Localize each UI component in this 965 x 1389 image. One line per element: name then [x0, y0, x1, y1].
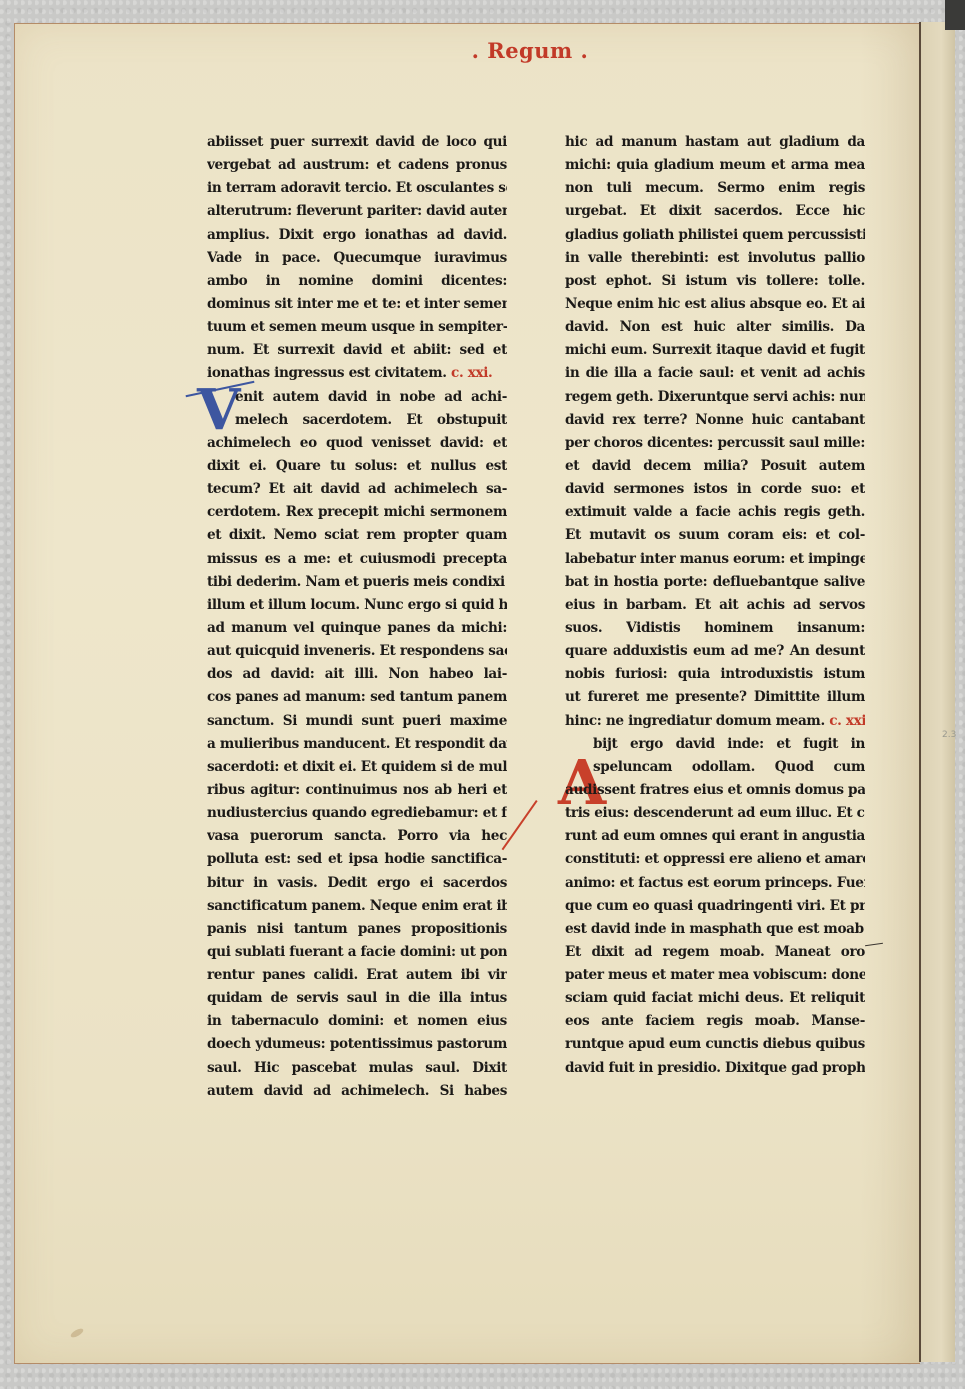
- margin-note: 2.3: [942, 730, 956, 740]
- text-line: enit autem david in nobe ad achi-: [207, 386, 507, 409]
- text-line: ad manum vel quinque panes da michi:: [207, 617, 507, 640]
- text-line: sanctum. Si mundi sunt pueri maxime: [207, 710, 507, 733]
- text-line: alterutrum: fleverunt pariter: david aut…: [207, 200, 507, 223]
- text-line: per choros dicentes: percussit saul mill…: [565, 432, 865, 455]
- text-line: david fuit in presidio. Dixitque gad pro…: [565, 1057, 865, 1080]
- text-line: bitur in vasis. Dedit ergo ei sacerdos: [207, 872, 507, 895]
- text-line: autem david ad achimelech. Si habes: [207, 1080, 507, 1103]
- text-line: doech ydumeus: potentissimus pastorum: [207, 1033, 507, 1056]
- text-line: runtque apud eum cunctis diebus quibus: [565, 1033, 865, 1056]
- text-line: pater meus et mater mea vobiscum: donec: [565, 964, 865, 987]
- text-line: achimelech eo quod venisset david: et: [207, 432, 507, 455]
- text-line: in die illa a facie saul: et venit ad ac…: [565, 362, 865, 385]
- text-line: gladius goliath philistei quem percussis…: [565, 224, 865, 247]
- text-line: qui sublati fuerant a facie domini: ut p…: [207, 941, 507, 964]
- text-line: michi: quia gladium meum et arma mea: [565, 154, 865, 177]
- text-line: missus es a me: et cuiusmodi precepta: [207, 548, 507, 571]
- text-line: quidam de servis saul in die illa intus: [207, 987, 507, 1010]
- text-line: in terram adoravit tercio. Et osculantes…: [207, 177, 507, 200]
- text-line: labebatur inter manus eorum: et impinge-: [565, 548, 865, 571]
- text-line: rentur panes calidi. Erat autem ibi vir: [207, 964, 507, 987]
- text-line: Et mutavit os suum coram eis: et col-: [565, 524, 865, 547]
- text-line: bat in hostia porte: defluebantque saliv…: [565, 571, 865, 594]
- text-line: david sermones istos in corde suo: et: [565, 478, 865, 501]
- text-line: panis nisi tantum panes propositionis: [207, 918, 507, 941]
- text-line: eius in barbam. Et ait achis ad servos: [565, 594, 865, 617]
- text-line: regem geth. Dixeruntque servi achis: num: [565, 386, 865, 409]
- text-line: urgebat. Et dixit sacerdos. Ecce hic: [565, 200, 865, 223]
- text-line: dixit ei. Quare tu solus: et nullus est: [207, 455, 507, 478]
- text-line: eos ante faciem regis moab. Manse-: [565, 1010, 865, 1033]
- chapter-rubric: c. xxii.: [829, 713, 865, 729]
- left-text-column: abiisset puer surrexit david de loco qui…: [207, 131, 507, 1103]
- text-line: vasa puerorum sancta. Porro via hec: [207, 825, 507, 848]
- text-line: animo: et factus est eorum princeps. Fue…: [565, 872, 865, 895]
- text-line: post ephot. Si istum vis tollere: tolle.: [565, 270, 865, 293]
- text-line: in tabernaculo domini: et nomen eius: [207, 1010, 507, 1033]
- text-line: dos ad david: ait illi. Non habeo lai-: [207, 663, 507, 686]
- text-line: suos. Vidistis hominem insanum:: [565, 617, 865, 640]
- text-line: saul. Hic pascebat mulas saul. Dixit: [207, 1057, 507, 1080]
- text-line: tibi dederim. Nam et pueris meis condixi…: [207, 571, 507, 594]
- text-line: constituti: et oppressi ere alieno et am…: [565, 848, 865, 871]
- text-line: nudiustercius quando egrediebamur: et fu…: [207, 802, 507, 825]
- text-line: tuum et semen meum usque in sempiter-: [207, 316, 507, 339]
- text-line: sciam quid faciat michi deus. Et reliqui…: [565, 987, 865, 1010]
- text-line: sanctificatum panem. Neque enim erat ibi: [207, 895, 507, 918]
- text-line: tecum? Et ait david ad achimelech sa-: [207, 478, 507, 501]
- text-line: abiisset puer surrexit david de loco qui: [207, 131, 507, 154]
- text-line: Et dixit ad regem moab. Maneat oro: [565, 941, 865, 964]
- text-line: dominus sit inter me et te: et inter sem…: [207, 293, 507, 316]
- text-line: nobis furiosi: quia introduxistis istum: [565, 663, 865, 686]
- text-line: Neque enim hic est alius absque eo. Et a…: [565, 293, 865, 316]
- text-line: speluncam odollam. Quod cum: [565, 756, 865, 779]
- text-line: aut quicquid inveneris. Et respondens sa…: [207, 640, 507, 663]
- text-line: amplius. Dixit ergo ionathas ad david.: [207, 224, 507, 247]
- chapter-rubric: c. xxi.: [451, 365, 492, 381]
- page-edge: [919, 22, 955, 1362]
- text-line: cerdotem. Rex precepit michi sermonem: [207, 501, 507, 524]
- text-line: michi eum. Surrexit itaque david et fugi…: [565, 339, 865, 362]
- text-line: et david decem milia? Posuit autem: [565, 455, 865, 478]
- text-line: hic ad manum hastam aut gladium da: [565, 131, 865, 154]
- right-text-column: hic ad manum hastam aut gladium da michi…: [565, 131, 865, 1080]
- text-line: ut fureret me presente? Dimittite illum: [565, 686, 865, 709]
- text-line-content: hinc: ne ingrediatur domum meam.: [565, 713, 825, 729]
- text-line: que cum eo quasi quadringenti viri. Et p…: [565, 895, 865, 918]
- text-line: polluta est: sed et ipsa hodie sanctific…: [207, 848, 507, 871]
- text-line: non tuli mecum. Sermo enim regis: [565, 177, 865, 200]
- running-head: . Regum .: [470, 38, 590, 63]
- text-line-content: ionathas ingressus est civitatem.: [207, 365, 447, 381]
- text-line: david. Non est huic alter similis. Da: [565, 316, 865, 339]
- text-line: est david inde in masphath que est moab:: [565, 918, 865, 941]
- text-line: audissent fratres eius et omnis domus pa…: [565, 779, 865, 802]
- text-line: sacerdoti: et dixit ei. Et quidem si de …: [207, 756, 507, 779]
- text-line: num. Et surrexit david et abiit: sed et: [207, 339, 507, 362]
- text-line: melech sacerdotem. Et obstupuit: [207, 409, 507, 432]
- text-line: bijt ergo david inde: et fugit in: [565, 733, 865, 756]
- text-line: Vade in pace. Quecumque iuravimus: [207, 247, 507, 270]
- text-line: ambo in nomine domini dicentes:: [207, 270, 507, 293]
- text-line: david rex terre? Nonne huic cantabant: [565, 409, 865, 432]
- text-line: a mulieribus manducent. Et respondit dav…: [207, 733, 507, 756]
- text-line: quare adduxistis eum ad me? An desunt: [565, 640, 865, 663]
- text-line: illum et illum locum. Nunc ergo si quid …: [207, 594, 507, 617]
- text-line: cos panes ad manum: sed tantum panem: [207, 686, 507, 709]
- text-line: hinc: ne ingrediatur domum meam. c. xxii…: [565, 710, 865, 733]
- binding-shadow: [945, 0, 965, 30]
- text-line: et dixit. Nemo sciat rem propter quam: [207, 524, 507, 547]
- text-line: ionathas ingressus est civitatem. c. xxi…: [207, 362, 507, 385]
- text-line: tris eius: descenderunt ad eum illuc. Et…: [565, 802, 865, 825]
- text-line: extimuit valde a facie achis regis geth.: [565, 501, 865, 524]
- text-line: ribus agitur: continuimus nos ab heri et: [207, 779, 507, 802]
- text-line: vergebat ad austrum: et cadens pronus: [207, 154, 507, 177]
- text-line: in valle therebinti: est involutus palli…: [565, 247, 865, 270]
- text-line: runt ad eum omnes qui erant in angustia: [565, 825, 865, 848]
